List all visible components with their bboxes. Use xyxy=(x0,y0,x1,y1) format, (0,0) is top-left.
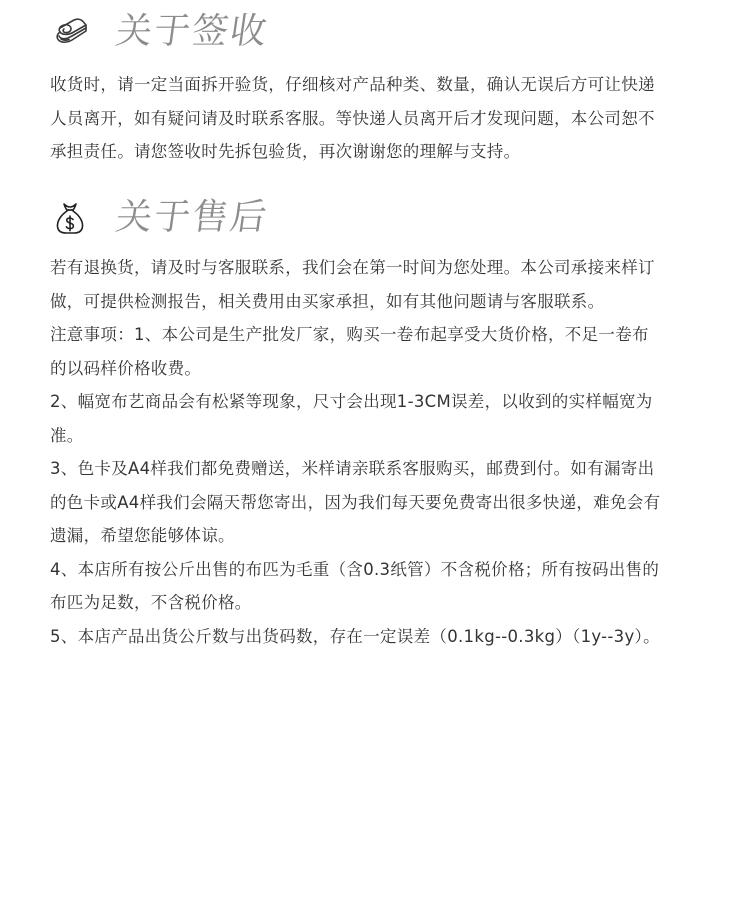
text-line: 若有退换货，请及时与客服联系，我们会在第一时间为您处理。本公司承接来样订 xyxy=(50,251,702,285)
money-bag-icon xyxy=(50,198,90,238)
text-line: 承担责任。请您签收时先拆包验货，再次谢谢您的理解与支持。 xyxy=(50,135,702,169)
text-line: 3、色卡及A4样我们都免费赠送，米样请亲联系客服购买，邮费到付。如有漏寄出 xyxy=(50,452,702,486)
text-line: 准。 xyxy=(50,419,702,453)
text-line: 5、本店产品出货公斤数与出货码数，存在一定误差（0.1kg--0.3kg）（1y… xyxy=(50,620,702,654)
text-line: 的以码样价格收费。 xyxy=(50,352,702,386)
text-line: 4、本店所有按公斤出售的布匹为毛重（含0.3纸管）不含税价格；所有按码出售的 xyxy=(50,553,702,587)
text-line: 做，可提供检测报告，相关费用由买家承担，如有其他问题请与客服联系。 xyxy=(50,285,702,319)
text-line: 注意事项：1、本公司是生产批发厂家，购买一卷布起享受大货价格，不足一卷布 xyxy=(50,318,702,352)
text-line: 人员离开，如有疑问请及时联系客服。等快递人员离开后才发现问题，本公司恕不 xyxy=(50,102,702,136)
text-line: 2、幅宽布艺商品会有松紧等现象，尺寸会出现1-3CM误差，以收到的实样幅宽为 xyxy=(50,385,702,419)
receipt-title: 关于签收 xyxy=(113,9,271,55)
text-line: 的色卡或A4样我们会隔天帮您寄出，因为我们每天要免费寄出很多快递，难免会有 xyxy=(50,486,702,520)
folded-fabric-icon xyxy=(50,12,90,52)
after-sales-title: 关于售后 xyxy=(113,195,271,241)
text-line: 布匹为足数，不含税价格。 xyxy=(50,586,702,620)
text-line: 遗漏，希望您能够体谅。 xyxy=(50,519,702,553)
text-line: 收货时，请一定当面拆开验货，仔细核对产品种类、数量，确认无误后方可让快递 xyxy=(50,68,702,102)
after-sales-heading: 关于售后 xyxy=(50,193,90,243)
receipt-heading: 关于签收 xyxy=(50,7,90,57)
after-sales-paragraph: 若有退换货，请及时与客服联系，我们会在第一时间为您处理。本公司承接来样订 做，可… xyxy=(50,251,702,653)
receipt-paragraph: 收货时，请一定当面拆开验货，仔细核对产品种类、数量，确认无误后方可让快递 人员离… xyxy=(50,68,702,169)
